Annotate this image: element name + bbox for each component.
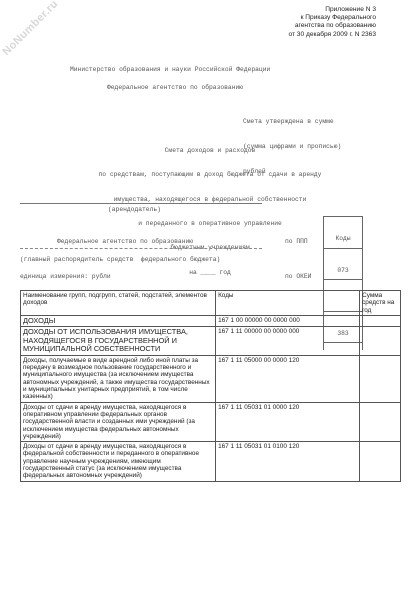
lessor-line xyxy=(20,203,262,204)
row-sum[interactable] xyxy=(360,315,401,327)
appendix-line: Приложение N 3 xyxy=(288,6,376,14)
header-cell-sum: Сумма средств на год xyxy=(360,291,401,316)
table-row: Доходы от сдачи в аренду имущества, нахо… xyxy=(21,402,401,441)
appendix-line: от 30 декабря 2009 г. N 2363 xyxy=(288,31,376,39)
row-code: 167 1 11 05031 01 0000 120 xyxy=(216,402,360,441)
ministry-name: Министерство образования и науки Российс… xyxy=(70,66,270,73)
appendix-line: агентства по образованию xyxy=(288,22,376,30)
row-code: 167 1 00 00000 00 0000 000 xyxy=(216,315,360,327)
ppp-code: 073 xyxy=(324,263,362,281)
row-name: ДОХОДЫ xyxy=(21,315,216,327)
row-sum[interactable] xyxy=(360,442,401,481)
row-name: ДОХОДЫ ОТ ИСПОЛЬЗОВАНИЯ ИМУЩЕСТВА, НАХОД… xyxy=(21,327,216,356)
administrator-line xyxy=(20,248,262,249)
table-row: Доходы, получаемые в виде арендной либо … xyxy=(21,355,401,402)
row-code: 167 1 11 05000 00 0000 120 xyxy=(216,355,360,402)
row-name: Доходы от сдачи в аренду имущества, нахо… xyxy=(21,442,216,481)
lessor-caption: (арендодатель) xyxy=(108,206,161,213)
title-line: по средствам, поступающим в доход бюджет… xyxy=(0,171,420,179)
table-row: ДОХОДЫ ОТ ИСПОЛЬЗОВАНИЯ ИМУЩЕСТВА, НАХОД… xyxy=(21,327,401,356)
codes-header: Коды xyxy=(324,231,362,249)
row-name: Доходы от сдачи в аренду имущества, нахо… xyxy=(21,402,216,441)
okei-label: по ОКЕИ xyxy=(285,273,311,280)
row-sum[interactable] xyxy=(360,327,401,356)
table-row: Доходы от сдачи в аренду имущества, нахо… xyxy=(21,442,401,481)
table-header-row: Наименование групп, подгрупп, статей, по… xyxy=(21,291,401,316)
header-cell-name: Наименование групп, подгрупп, статей, по… xyxy=(21,291,216,316)
agency-name: Федеральное агентство по образованию xyxy=(107,84,243,91)
income-table: Наименование групп, подгрупп, статей, по… xyxy=(20,290,401,482)
row-code: 167 1 11 00000 00 0000 000 xyxy=(216,327,360,356)
table-row: ДОХОДЫ 167 1 00 00000 00 0000 000 xyxy=(21,315,401,327)
administrator-caption: (главный распорядитель средств федеральн… xyxy=(20,256,220,263)
approval-amount-label: Смета утверждена в сумме xyxy=(243,118,341,126)
title-line: Смета доходов и расходов xyxy=(0,147,420,155)
watermark: NoNumber.ru xyxy=(0,0,60,58)
header-cell-codes: Коды xyxy=(216,291,360,316)
ppp-label: по ППП xyxy=(285,238,308,245)
row-sum[interactable] xyxy=(360,402,401,441)
row-sum[interactable] xyxy=(360,355,401,402)
row-name: Доходы, получаемые в виде арендной либо … xyxy=(21,355,216,402)
appendix-reference: Приложение N 3 к Приказу Федерального аг… xyxy=(288,6,376,39)
row-code: 167 1 11 05031 01 0100 120 xyxy=(216,442,360,481)
unit-of-measure: единица измерения: рубли xyxy=(20,273,111,280)
budget-administrator: Федеральное агентство по образованию xyxy=(57,238,193,245)
